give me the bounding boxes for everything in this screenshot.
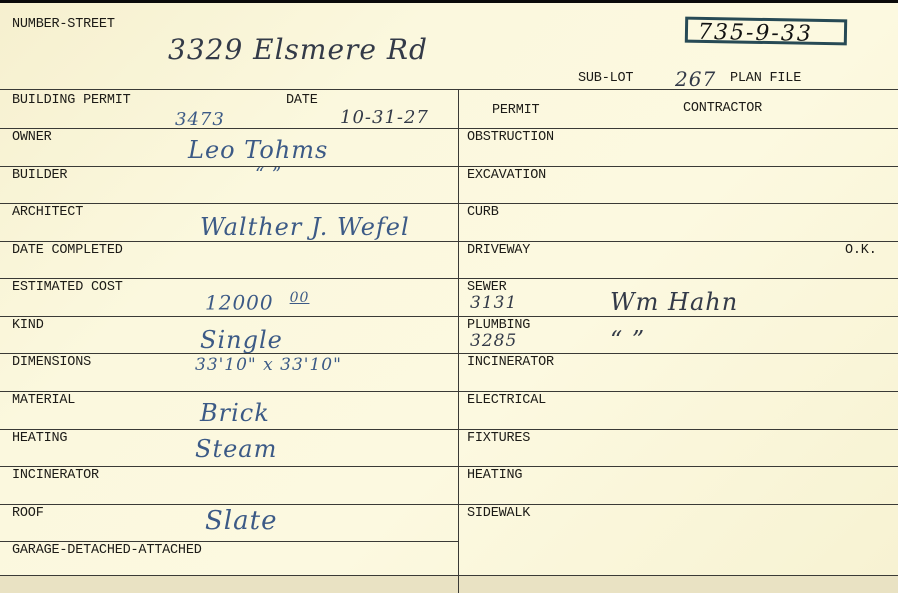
date-value: 10-31-27 — [340, 107, 429, 128]
permit-label-sidewalk: SIDEWALK — [467, 506, 530, 521]
permit-card: NUMBER-STREET 3329 Elsmere Rd 735-9-33 S… — [0, 0, 898, 590]
field-label-date-completed: DATE COMPLETED — [12, 243, 123, 258]
permit-label-fixtures: FIXTURES — [467, 431, 530, 446]
left-row-rule — [0, 466, 458, 467]
left-row-rule — [0, 391, 458, 392]
field-value-architect: Walther J. Wefel — [200, 213, 410, 241]
plan-file-label: PLAN FILE — [730, 71, 801, 86]
field-label-owner: OWNER — [12, 130, 52, 145]
field-value-owner: Leo Tohms — [188, 136, 328, 164]
left-row-rule — [0, 504, 458, 505]
right-row-rule — [458, 128, 898, 129]
field-value-kind: Single — [200, 326, 283, 354]
field-label-estimated-cost: ESTIMATED COST — [12, 280, 123, 295]
contractor-sewer: Wm Hahn — [610, 288, 738, 316]
left-row-rule — [0, 203, 458, 204]
sub-lot-label: SUB-LOT — [578, 71, 633, 86]
right-row-rule — [458, 278, 898, 279]
rule-bottom — [0, 575, 898, 576]
permit-number-plumbing: 3285 — [470, 331, 517, 351]
field-label-builder: BUILDER — [12, 168, 67, 183]
building-permit-value: 3473 — [175, 109, 225, 130]
permit-column-header: PERMIT — [492, 103, 539, 118]
right-row-rule — [458, 504, 898, 505]
card-bottom-edge — [0, 575, 898, 590]
field-label-incinerator: INCINERATOR — [12, 468, 99, 483]
field-value-estimated-cost: 1200000 — [205, 290, 309, 315]
file-stamp: 735-9-33 — [685, 17, 847, 46]
field-label-kind: KIND — [12, 318, 44, 333]
field-value-builder: “ ” — [255, 164, 282, 185]
right-row-rule — [458, 241, 898, 242]
left-row-rule — [0, 541, 458, 542]
field-value-material: Brick — [200, 399, 270, 427]
column-divider — [458, 89, 459, 590]
sub-lot-value: 267 — [675, 67, 716, 91]
field-value-heating: Steam — [195, 435, 277, 463]
field-label-heating: HEATING — [12, 431, 67, 446]
permit-label-curb: CURB — [467, 205, 499, 220]
contractor-plumbing: “ ” — [610, 326, 645, 354]
permit-label-electrical: ELECTRICAL — [467, 393, 546, 408]
right-row-rule — [458, 316, 898, 317]
contractor-column-header: CONTRACTOR — [683, 101, 762, 116]
building-permit-label: BUILDING PERMIT — [12, 93, 131, 108]
right-row-rule — [458, 429, 898, 430]
note-driveway: O.K. — [845, 243, 877, 258]
field-label-material: MATERIAL — [12, 393, 75, 408]
left-row-rule — [0, 353, 458, 354]
left-row-rule — [0, 278, 458, 279]
right-row-rule — [458, 166, 898, 167]
permit-label-obstruction: OBSTRUCTION — [467, 130, 554, 145]
field-label-architect: ARCHITECT — [12, 205, 83, 220]
permit-label-excavation: EXCAVATION — [467, 168, 546, 183]
field-label-garage-detached-attached: GARAGE-DETACHED-ATTACHED — [12, 543, 202, 558]
right-row-rule — [458, 391, 898, 392]
cents-superscript: 00 — [290, 290, 310, 306]
number-street-label: NUMBER-STREET — [12, 17, 115, 32]
field-value-dimensions: 33'10" x 33'10" — [195, 355, 342, 375]
left-row-rule — [0, 241, 458, 242]
permit-number-sewer: 3131 — [470, 293, 517, 313]
permit-label-driveway: DRIVEWAY — [467, 243, 530, 258]
left-row-rule — [0, 316, 458, 317]
left-row-rule — [0, 166, 458, 167]
field-value-roof: Slate — [205, 506, 277, 536]
right-row-rule — [458, 353, 898, 354]
field-label-roof: ROOF — [12, 506, 44, 521]
right-row-rule — [458, 203, 898, 204]
permit-label-heating: HEATING — [467, 468, 522, 483]
rule-top — [0, 89, 898, 90]
left-row-rule — [0, 429, 458, 430]
left-row-rule — [0, 128, 458, 129]
number-street-value: 3329 Elsmere Rd — [168, 33, 428, 66]
date-label: DATE — [286, 93, 318, 108]
permit-label-incinerator: INCINERATOR — [467, 355, 554, 370]
right-row-rule — [458, 466, 898, 467]
field-label-dimensions: DIMENSIONS — [12, 355, 91, 370]
